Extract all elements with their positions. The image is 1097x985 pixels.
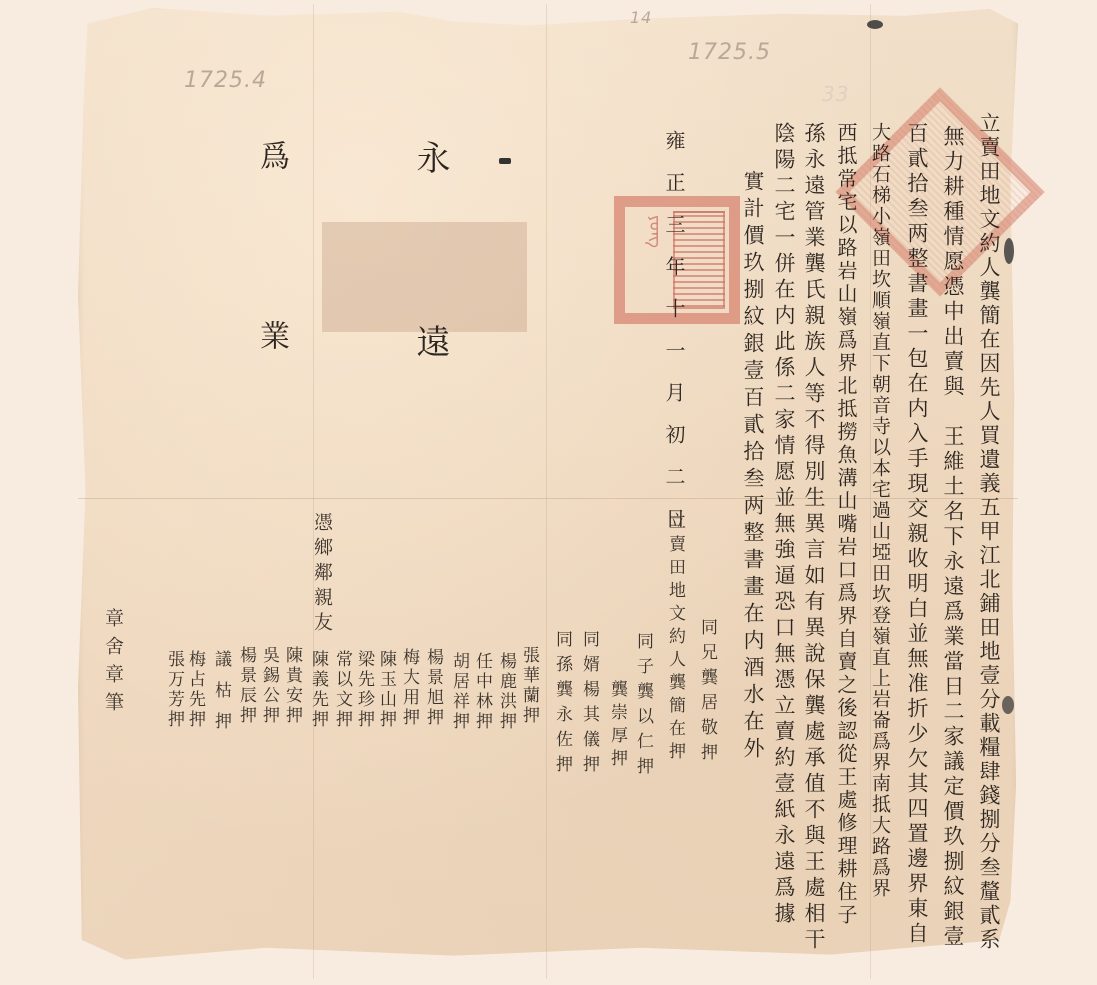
community-witness: 陳貴安押	[283, 646, 300, 726]
date-month: 十一月	[662, 298, 686, 424]
date-era-year-month-day: 雍正三年十一月初二日	[664, 130, 684, 550]
witness-son-2: 龔崇厚押	[608, 680, 625, 772]
ink-mark	[499, 158, 511, 164]
community-witness: 楊景旭押	[424, 648, 441, 728]
ink-blot	[867, 20, 883, 29]
community-witness-heading: 憑鄉鄰親友	[312, 512, 331, 637]
community-witness: 陳義先押	[309, 650, 326, 730]
community-witness: 楊景辰押	[237, 646, 254, 726]
body-column-7: 陰陽二宅一併在内此係二家情愿並無強逼恐口無憑立賣約壹紙永遠爲據	[773, 122, 794, 928]
pencil-annotation: 14	[630, 8, 652, 27]
title-yongyuan: 永遠	[413, 140, 447, 370]
body-column-3: 百貳拾叁两整書畫一包在内入手現交親收明白並無准折少欠其四置邊界東自	[906, 122, 927, 947]
witness-grandson: 同孫龔永佐押	[553, 630, 570, 780]
community-witness: 陳玉山押	[377, 650, 394, 730]
scribe-signature: 章舍章筆	[103, 608, 122, 720]
body-column-2: 無力耕種情愿憑中出賣與 王維土名下永遠爲業當日二家議定價玖捌紋銀壹	[942, 125, 963, 950]
community-witness: 張華蘭押	[520, 646, 537, 726]
ink-blot	[1004, 238, 1014, 264]
pencil-annotation: 33	[822, 82, 849, 106]
community-witness: 吳錫公押	[260, 646, 277, 726]
fold-line-vertical	[546, 4, 547, 979]
body-column-4: 大路石梯小嶺田坎順嶺直下朝音寺以本宅過山埡田坎登嶺直上岩崙爲界南抵大路爲界	[870, 122, 889, 899]
community-witness: 任中林押	[473, 652, 490, 732]
community-witness: 楊鹿洪押	[497, 652, 514, 732]
fold-line-vertical	[313, 4, 314, 979]
body-column-8-total-price: 實計價玖捌紋銀壹百貳拾叁两整書畫在内酒水在外	[742, 170, 763, 764]
community-witness: 胡居祥押	[450, 652, 467, 732]
witness-son-in-law: 同婿楊其儀押	[580, 630, 597, 780]
body-column-6: 孫永遠管業龔氏親族人等不得別生異言如有異說保龔處承值不與王處相干	[803, 122, 824, 954]
witness-son: 同子龔以仁押	[634, 632, 651, 782]
date-year: 三年	[662, 214, 686, 298]
witness-brother: 同兄龔居敬押	[698, 618, 715, 768]
community-witness: 張万芳押	[165, 650, 182, 730]
date-era: 雍正	[662, 130, 686, 214]
community-witness: 梁先珍押	[355, 650, 372, 730]
pencil-annotation: 1725.4	[184, 68, 267, 93]
title-weiye: 爲業	[256, 140, 286, 370]
community-witness: 常以文押	[333, 650, 350, 730]
community-witness: 梅大用押	[400, 648, 417, 728]
community-witness: 議枯押	[212, 650, 229, 743]
body-column-5: 西抵常宅以路岩山嶺爲界北抵撈魚溝山嘴岩口爲界自賣之後認從王處修理耕住子	[836, 122, 856, 927]
pencil-annotation: 1725.5	[688, 40, 771, 65]
seller-signature-line: 立賣田地文約人龔簡在押	[666, 512, 683, 765]
community-witness: 梅占先押	[186, 650, 203, 730]
ink-blot	[1002, 696, 1014, 714]
body-column-1: 立賣田地文約人龔簡在因先人買遺義五甲江北鋪田地壹分載糧肆錢捌分叁釐貳系	[978, 112, 999, 952]
